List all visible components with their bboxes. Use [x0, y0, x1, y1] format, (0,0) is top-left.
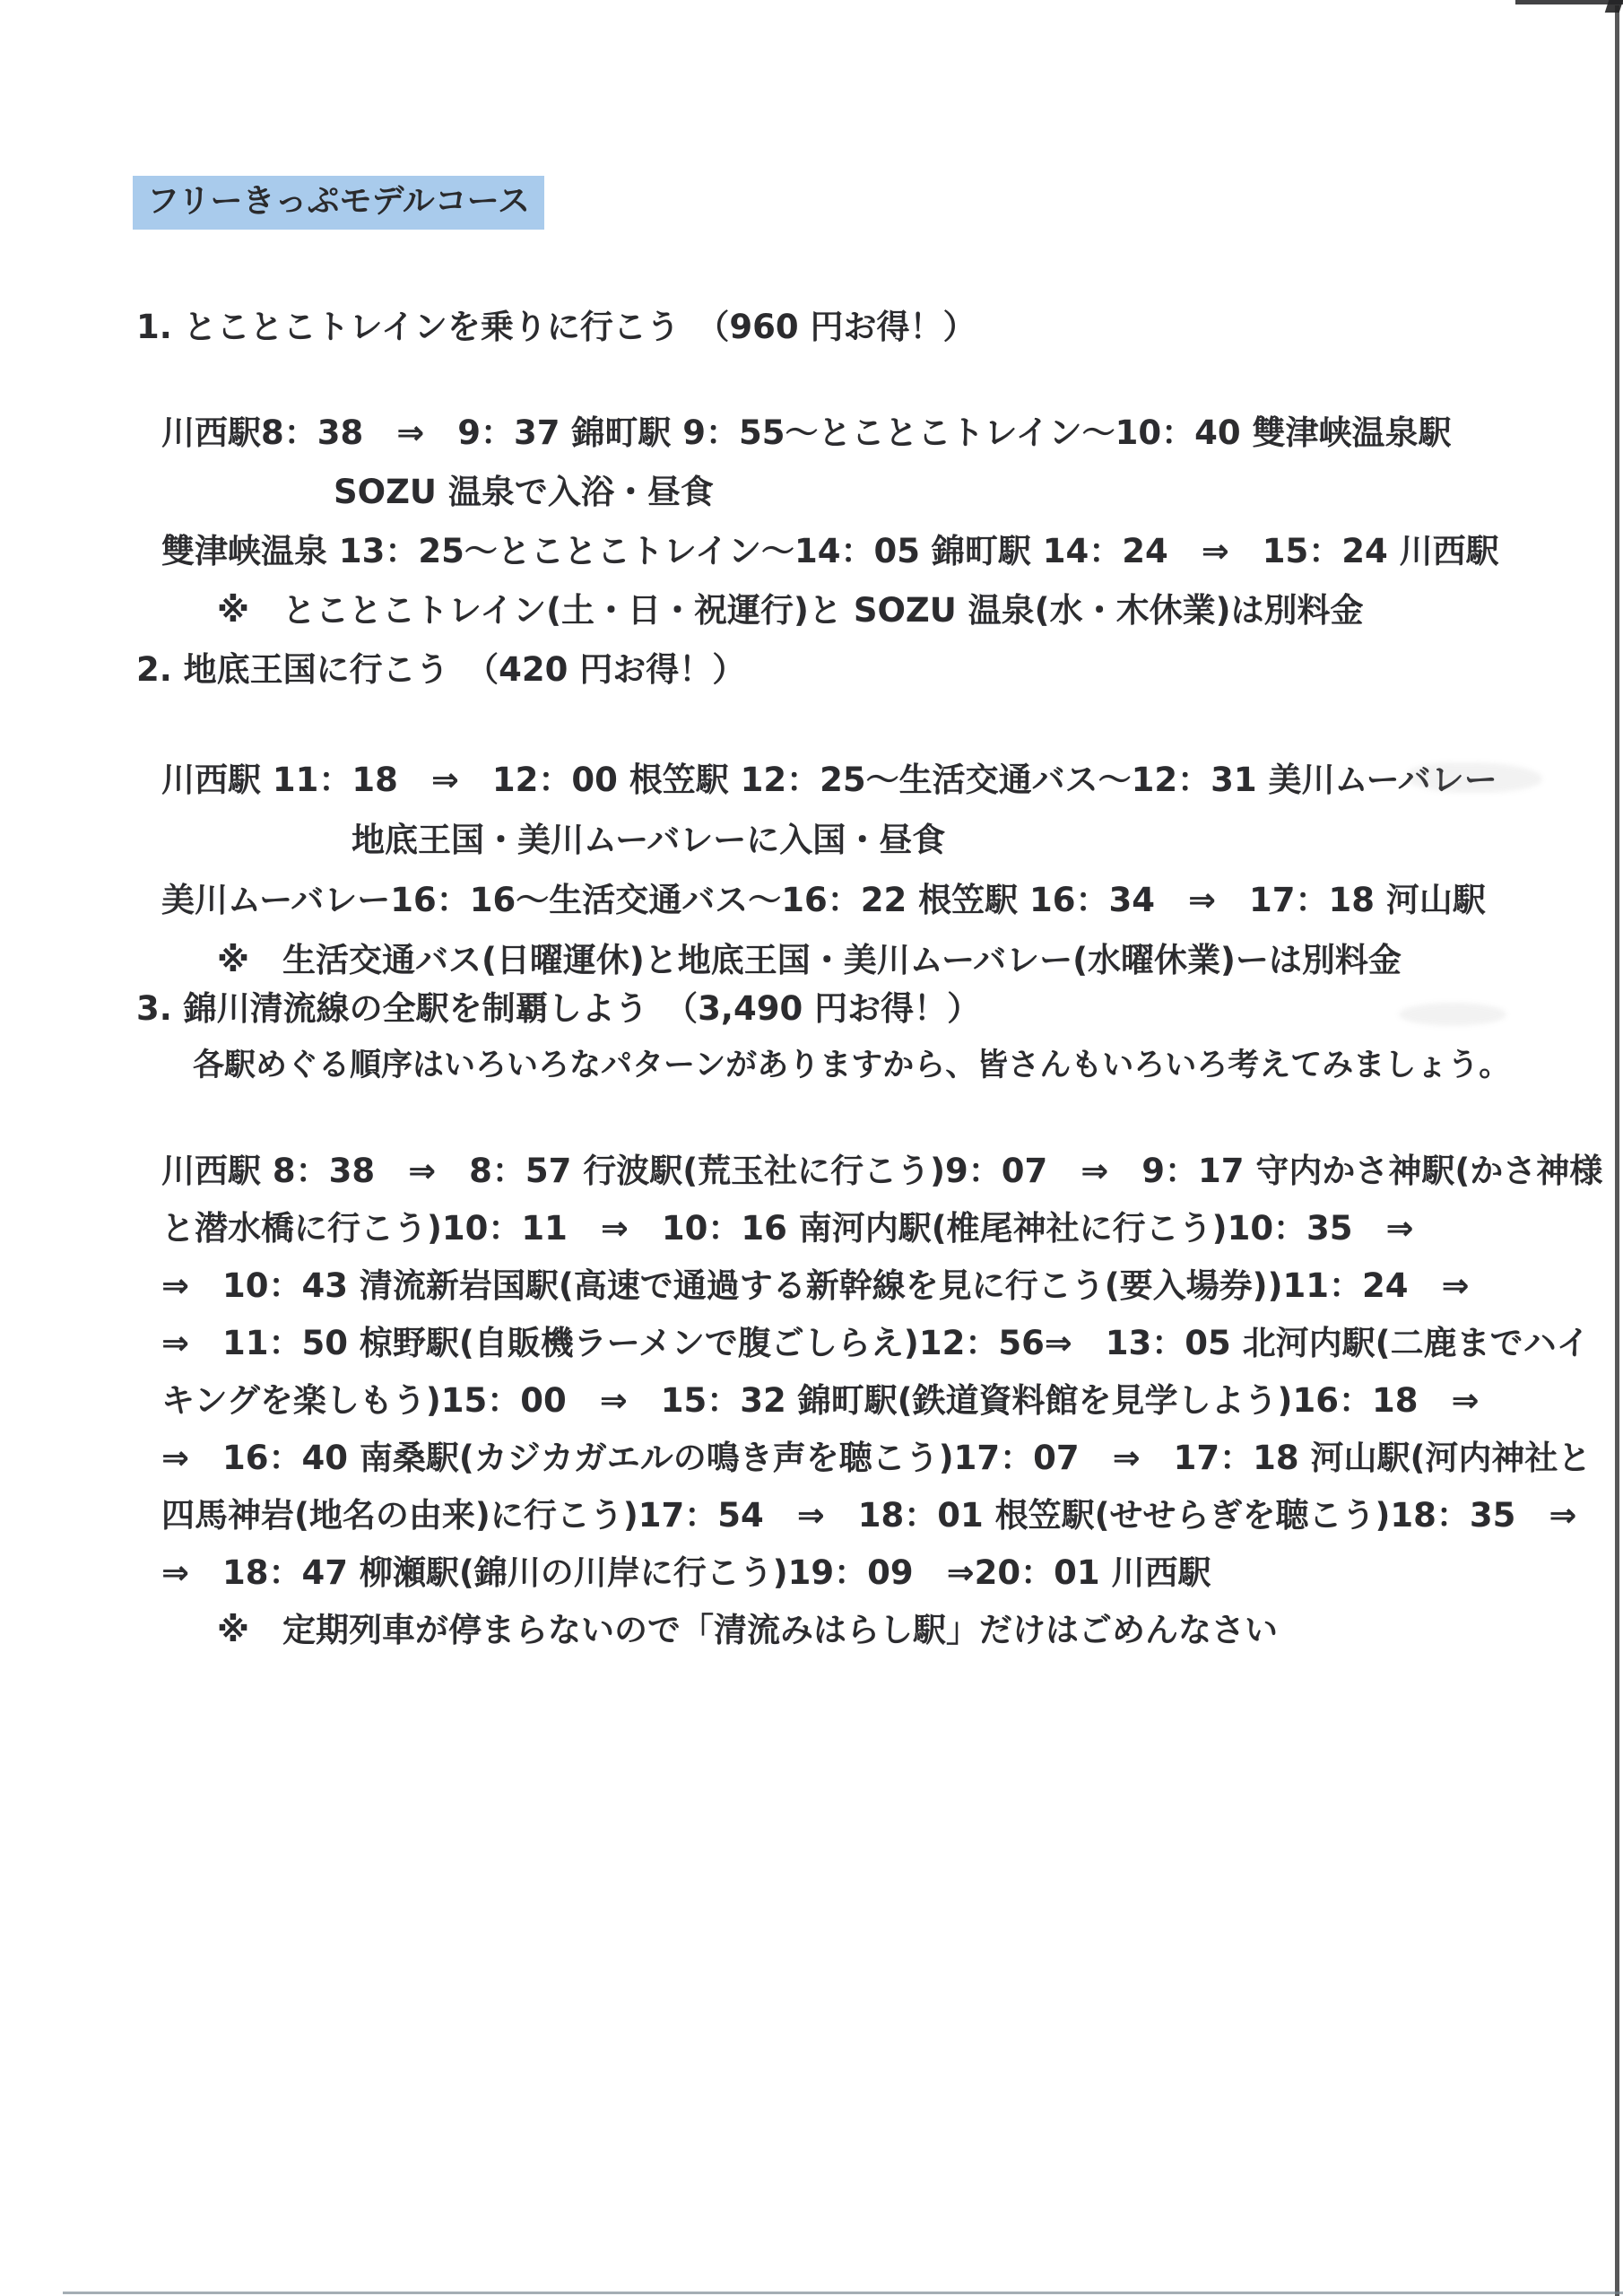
section-3-heading: 3. 錦川清流線の全駅を制覇しよう （3,490 円お得！） [136, 988, 980, 1030]
itinerary-line: 四馬神岩(地名の由来)に行こう)17：54 ⇒ 18：01 根笠駅(せせらぎを聴… [161, 1487, 1602, 1544]
itinerary-line: 川西駅8：38 ⇒ 9：37 錦町駅 9：55～とことこトレイン～10：40 雙… [161, 404, 1499, 463]
scan-artifact-smudge [1408, 762, 1542, 793]
section-2-heading: 2. 地底王国に行こう （420 円お得！） [136, 649, 745, 691]
itinerary-line: と潜水橋に行こう)10：11 ⇒ 10：16 南河内駅(椎尾神社に行こう)10：… [161, 1200, 1602, 1257]
itinerary-line: ⇒ 18：47 柳瀬駅(錦川の川岸に行こう)19：09 ⇒20：01 川西駅 [161, 1544, 1602, 1602]
section-1-itinerary: 川西駅8：38 ⇒ 9：37 錦町駅 9：55～とことこトレイン～10：40 雙… [161, 404, 1499, 640]
section-1-heading: 1. とことこトレインを乗りに行こう （960 円お得！） [136, 307, 976, 348]
itinerary-line: SOZU 温泉で入浴・昼食 [334, 463, 1499, 522]
section-2-itinerary: 川西駅 11：18 ⇒ 12：00 根笠駅 12：25～生活交通バス～12：31… [161, 750, 1497, 990]
scan-artifact-smudge [1399, 1003, 1506, 1026]
itinerary-line: 川西駅 11：18 ⇒ 12：00 根笠駅 12：25～生活交通バス～12：31… [161, 750, 1497, 810]
itinerary-line: 川西駅 8：38 ⇒ 8：57 行波駅(荒玉社に行こう)9：07 ⇒ 9：17 … [161, 1143, 1602, 1200]
itinerary-line: 雙津峡温泉 13：25～とことこトレイン～14：05 錦町駅 14：24 ⇒ 1… [161, 522, 1499, 581]
page-title-text: フリーきっぷモデルコース [147, 183, 530, 220]
section-3-subheading: 各駅めぐる順序はいろいろなパターンがありますから、皆さんもいろいろ考えてみましょ… [193, 1046, 1510, 1085]
footnote-line: ※ とことこトレイン(土・日・祝運行)と SOZU 温泉(水・木休業)は別料金 [217, 581, 1499, 640]
section-3-itinerary: 川西駅 8：38 ⇒ 8：57 行波駅(荒玉社に行こう)9：07 ⇒ 9：17 … [161, 1143, 1602, 1659]
footnote-line: ※ 定期列車が停まらないので「清流みはらし駅」だけはごめんなさい [217, 1602, 1602, 1659]
scan-artifact-corner [1605, 0, 1623, 13]
itinerary-line: キングを楽しもう)15：00 ⇒ 15：32 錦町駅(鉄道資料館を見学しよう)1… [161, 1372, 1602, 1430]
page-title: フリーきっぷモデルコース [133, 176, 544, 230]
footnote-line: ※ 生活交通バス(日曜運休)と地底王国・美川ムーバレー(水曜休業)ーは別料金 [217, 930, 1497, 990]
itinerary-line: 地底王国・美川ムーバレーに入国・昼食 [352, 810, 1497, 870]
itinerary-line: ⇒ 10：43 清流新岩国駅(高速で通過する新幹線を見に行こう(要入場券))11… [161, 1257, 1602, 1315]
itinerary-line: 美川ムーバレー16：16～生活交通バス～16：22 根笠駅 16：34 ⇒ 17… [161, 870, 1497, 930]
itinerary-line: ⇒ 11：50 椋野駅(自販機ラーメンで腹ごしらえ)12：56⇒ 13：05 北… [161, 1315, 1602, 1372]
itinerary-line: ⇒ 16：40 南桑駅(カジカガエルの鳴き声を聴こう)17：07 ⇒ 17：18… [161, 1430, 1602, 1487]
scan-artifact-bottom-edge [63, 2292, 1623, 2294]
scan-artifact-right-edge [1615, 5, 1619, 2296]
scanned-document-page: フリーきっぷモデルコース 1. とことこトレインを乗りに行こう （960 円お得… [0, 0, 1623, 2296]
